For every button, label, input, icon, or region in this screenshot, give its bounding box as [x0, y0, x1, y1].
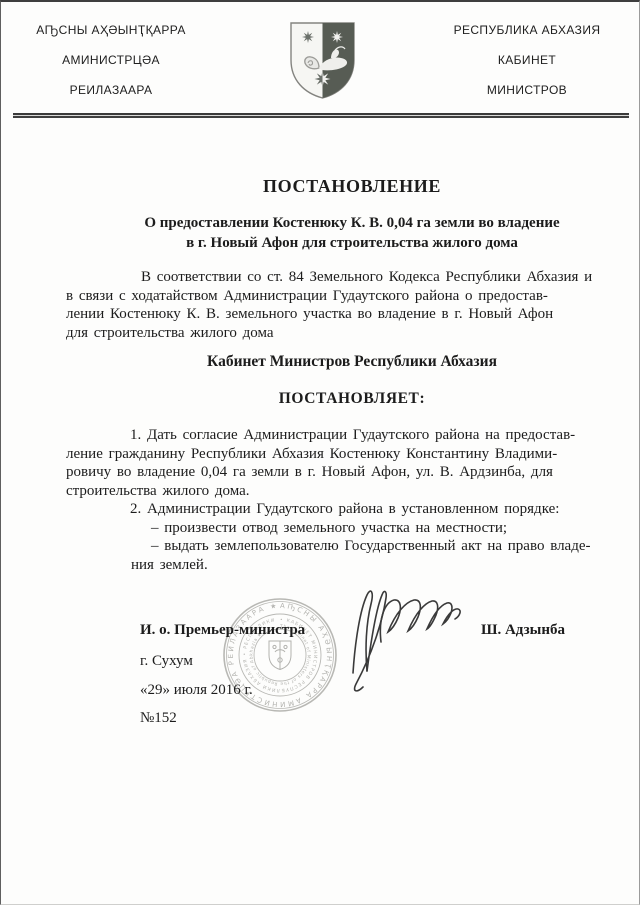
resolves-heading: ПОСТАНОВЛЯЕТ: [63, 390, 640, 408]
seal-center-emblem [269, 641, 291, 670]
doc-title: ПОСТАНОВЛЕНИЕ [63, 176, 640, 197]
intro-paragraph: В соответствии со ст. 84 Земельного Коде… [66, 268, 603, 343]
coat-of-arms-icon [289, 22, 356, 102]
date-line: «29» июля 2016 г. [140, 682, 253, 699]
letterhead-line: РЕИЛАЗААРА [26, 84, 196, 96]
resolution-item-1: 1. Дать согласие Администрации Гудаутско… [66, 426, 603, 501]
letterhead-line: РЕСПУБЛИКА АБХАЗИЯ [442, 24, 612, 36]
resolution-item-2: 2. Администрации Гудаутского района в ус… [66, 500, 603, 575]
star-icon [302, 31, 314, 43]
decree-number: №152 [140, 710, 177, 727]
letterhead-russian-block: РЕСПУБЛИКА АБХАЗИЯ КАБИНЕТ МИНИСТРОВ [442, 24, 612, 114]
star-icon [331, 31, 343, 43]
scanned-decree-page: АҦСНЫ АҲӘЫНҬҚАРРА АМИНИСТРЦӘА РЕИЛАЗААРА… [0, 0, 640, 905]
doc-subtitle: О предоставлении Костенюку К. В. 0,04 га… [63, 214, 640, 253]
resolution-item-2-intro: 2. Администрации Гудаутского района в ус… [66, 500, 603, 519]
letterhead-divider-rule [13, 113, 629, 118]
resolution-item-2-sub-2: – выдать землепользователю Государственн… [131, 537, 603, 574]
letterhead-line: МИНИСТРОВ [442, 84, 612, 96]
letterhead-line: АМИНИСТРЦӘА [26, 54, 196, 66]
handwritten-signature [329, 578, 465, 700]
letterhead-line: АҦСНЫ АҲӘЫНҬҚАРРА [26, 24, 196, 36]
authority-line: Кабинет Министров Республики Абхазия [63, 353, 640, 371]
letterhead-abkhazian-block: АҦСНЫ АҲӘЫНҬҚАРРА АМИНИСТРЦӘА РЕИЛАЗААРА [26, 24, 196, 114]
place-line: г. Сухум [140, 653, 193, 670]
resolution-item-2-sub-1: – произвести отвод земельного участка на… [131, 519, 603, 538]
letterhead-line: КАБИНЕТ [442, 54, 612, 66]
signatory-name: Ш. Адзынба [481, 622, 565, 639]
signatory-role: И. о. Премьер-министра [140, 622, 305, 639]
